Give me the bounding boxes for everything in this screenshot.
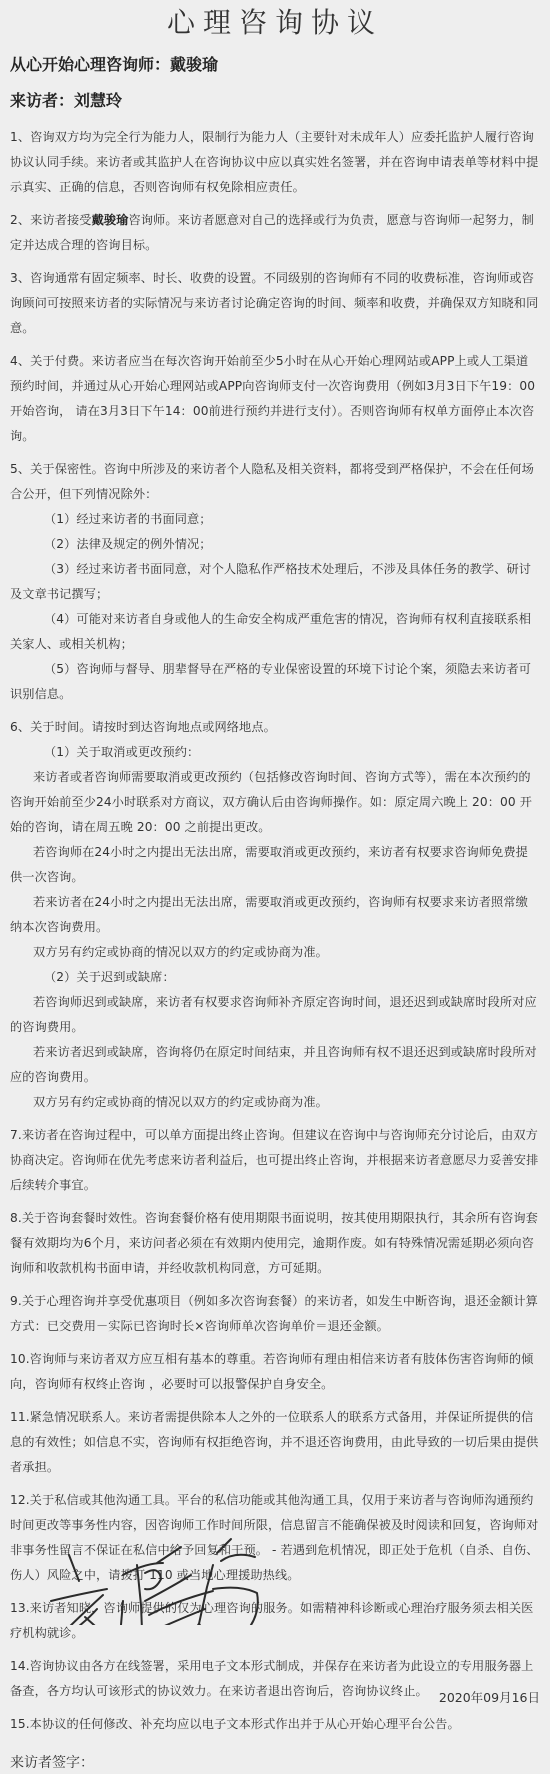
clause-9: 9.关于心理咨询并享受优惠项目（例如多次咨询套餐）的来访者，如发生中断咨询，退还… xyxy=(10,1289,540,1339)
clause-1: 1、咨询双方均为完全行为能力人，限制行为能力人（主要针对未成年人）应委托监护人履… xyxy=(10,125,540,200)
clause-5-item-4: （4）可能对来访者自身或他人的生命安全构成严重危害的情况，咨询师有权利直接联系相… xyxy=(10,607,540,657)
clause-6-sub2-para: 双方另有约定或协商的情况以双方的约定或协商为准。 xyxy=(10,1090,540,1115)
clause-5-item-5: （5）咨询师与督导、朋辈督导在严格的专业保密设置的环境下讨论个案，须隐去来访者可… xyxy=(10,657,540,707)
signing-date: 2020年09月16日 xyxy=(439,1688,540,1706)
clause-8: 8.关于咨询套餐时效性。咨询套餐价格有使用期限书面说明，按其使用期限执行，其余所… xyxy=(10,1206,540,1281)
clause-2-prefix: 2、来访者接受 xyxy=(10,213,92,227)
clause-11: 11.紧急情况联系人。来访者需提供除本人之外的一位联系人的联系方式备用，并保证所… xyxy=(10,1405,540,1480)
clause-10: 10.咨询师与来访者双方应互相有基本的尊重。若咨询师有理由相信来访者有肢体伤害咨… xyxy=(10,1347,540,1397)
clause-6-sub1-para: 若来访者在24小时之内提出无法出席，需要取消或更改预约，咨询师有权要求来访者照常… xyxy=(10,890,540,940)
clause-6-sub1-para: 若咨询师在24小时之内提出无法出席，需要取消或更改预约，来访者有权要求咨询师免费… xyxy=(10,840,540,890)
clause-6-sub2-para: 若来访者迟到或缺席，咨询将仍在原定时间结束，并且咨询师有权不退还迟到或缺席时段所… xyxy=(10,1040,540,1090)
counselor-line: 从心开始心理咨询师：戴骏瑜 xyxy=(10,55,540,75)
clause-5-item-3: （3）经过来访者书面同意，对个人隐私作严格技术处理后，不涉及具体任务的教学、研讨… xyxy=(10,557,540,607)
signature-image xyxy=(45,1505,285,1625)
clause-7: 7.来访者在咨询过程中，可以单方面提出终止咨询。但建议在咨询中与咨询师充分讨论后… xyxy=(10,1123,540,1198)
page-title: 心理咨询协议 xyxy=(10,0,540,45)
visitor-line: 来访者：刘慧玲 xyxy=(10,91,540,111)
clause-2: 2、来访者接受戴骏瑜咨询师。来访者愿意对自己的选择或行为负责，愿意与咨询师一起努… xyxy=(10,208,540,258)
clause-5-item-2: （2）法律及规定的例外情况； xyxy=(10,532,540,557)
clause-6-sub1-title: （1）关于取消或更改预约： xyxy=(10,740,540,765)
clause-5-intro: 5、关于保密性。咨询中所涉及的来访者个人隐私及相关资料，都将受到严格保护，不会在… xyxy=(10,462,534,501)
clause-5: 5、关于保密性。咨询中所涉及的来访者个人隐私及相关资料，都将受到严格保护，不会在… xyxy=(10,457,540,707)
clause-6-sub2-title: （2）关于迟到或缺席： xyxy=(10,965,540,990)
clause-5-item-1: （1）经过来访者的书面同意； xyxy=(10,507,540,532)
clause-4: 4、关于付费。来访者应当在每次咨询开始前至少5小时在从心开始心理网站或APP上或… xyxy=(10,349,540,449)
clause-6-sub1-para: 来访者或者咨询师需要取消或更改预约（包括修改咨询时间、咨询方式等），需在本次预约… xyxy=(10,765,540,840)
clause-3: 3、咨询通常有固定频率、时长、收费的设置。不同级别的咨询师有不同的收费标准，咨询… xyxy=(10,266,540,341)
clause-6-sub1-para: 双方另有约定或协商的情况以双方的约定或协商为准。 xyxy=(10,940,540,965)
clause-list: 1、咨询双方均为完全行为能力人，限制行为能力人（主要针对未成年人）应委托监护人履… xyxy=(10,125,540,1737)
clause-15: 15.本协议的任何修改、补充均应以电子文本形式作出并于从心开始心理平台公告。 xyxy=(10,1712,540,1737)
clause-6: 6、关于时间。请按时到达咨询地点或网络地点。 （1）关于取消或更改预约： 来访者… xyxy=(10,715,540,1115)
clause-6-intro: 6、关于时间。请按时到达咨询地点或网络地点。 xyxy=(10,720,276,734)
clause-6-sub2-para: 若咨询师迟到或缺席，来访者有权要求咨询师补齐原定咨询时间，退还迟到或缺席时段所对… xyxy=(10,990,540,1040)
signature-label: 来访者签字： xyxy=(10,1753,540,1773)
counselor-name-bold: 戴骏瑜 xyxy=(92,213,129,227)
